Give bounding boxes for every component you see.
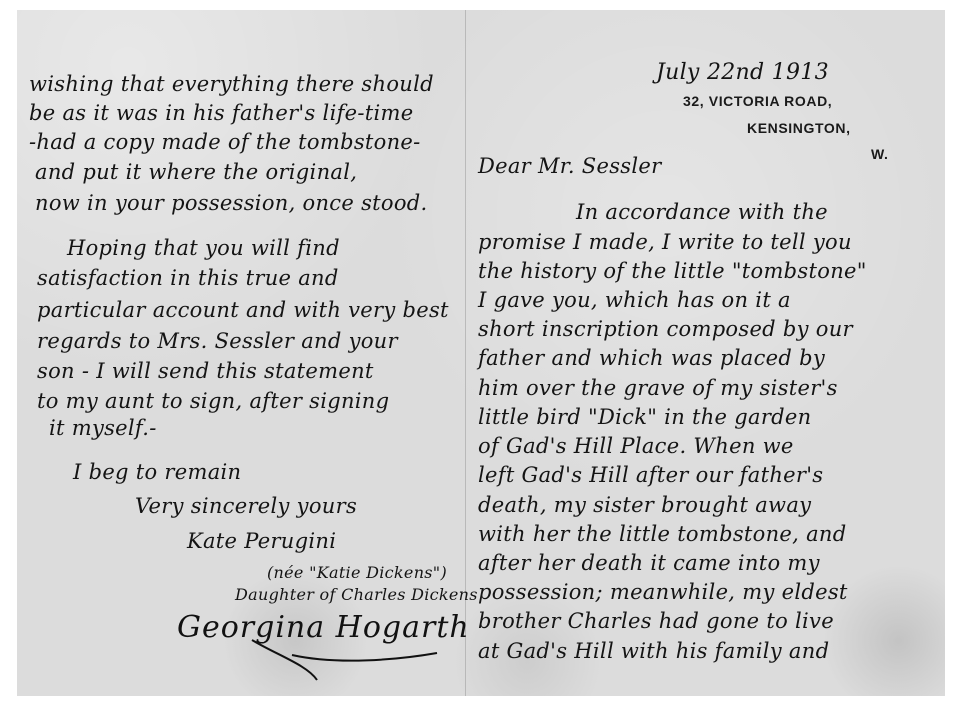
- right-line-1: In accordance with the: [576, 198, 828, 227]
- left-line-5: now in your possession, once stood.: [35, 189, 428, 218]
- left-line-10: son - I will send this statement: [37, 357, 374, 386]
- left-line-8: particular account and with very best: [37, 296, 449, 325]
- left-page: wishing that everything there should be …: [17, 10, 465, 696]
- right-line-14: possession; meanwhile, my eldest: [478, 578, 848, 607]
- left-line-4: and put it where the original,: [35, 158, 357, 187]
- right-line-15: brother Charles had gone to live: [478, 607, 834, 636]
- relation-note: Daughter of Charles Dickens: [235, 585, 478, 605]
- letter-sheet: wishing that everything there should be …: [17, 10, 945, 696]
- letterhead-street: 32, VICTORIA ROAD,: [683, 93, 832, 109]
- right-line-5: short inscription composed by our: [478, 315, 853, 344]
- signatory-name: Kate Perugini: [187, 527, 336, 556]
- closing-remain: I beg to remain: [73, 458, 241, 487]
- right-line-9: of Gad's Hill Place. When we: [478, 432, 794, 461]
- left-line-11: to my aunt to sign, after signing: [37, 387, 389, 416]
- right-line-13: after her death it came into my: [478, 549, 820, 578]
- right-line-2: promise I made, I write to tell you: [478, 228, 852, 257]
- letterhead-postal: W.: [871, 146, 889, 162]
- left-line-2: be as it was in his father's life-time: [29, 99, 413, 128]
- maiden-name: (née "Katie Dickens"): [267, 563, 447, 583]
- signature-flourish: [247, 635, 447, 685]
- right-line-12: with her the little tombstone, and: [478, 520, 846, 549]
- right-line-16: at Gad's Hill with his family and: [478, 637, 829, 666]
- right-line-11: death, my sister brought away: [478, 491, 811, 520]
- letterhead-district: KENSINGTON,: [747, 120, 851, 136]
- left-line-3: -had a copy made of the tombstone-: [29, 128, 421, 157]
- letter-date: July 22nd 1913: [656, 58, 829, 87]
- salutation: Dear Mr. Sessler: [478, 152, 661, 181]
- right-line-3: the history of the little "tombstone": [478, 257, 867, 286]
- left-line-1: wishing that everything there should: [29, 70, 434, 99]
- closing-valediction: Very sincerely yours: [135, 492, 357, 521]
- right-page: July 22nd 1913 32, VICTORIA ROAD, KENSIN…: [466, 10, 945, 696]
- right-line-6: father and which was placed by: [478, 344, 825, 373]
- left-line-12: it myself.-: [49, 414, 157, 443]
- left-line-9: regards to Mrs. Sessler and your: [37, 327, 398, 356]
- right-line-7: him over the grave of my sister's: [478, 374, 838, 403]
- left-line-7: satisfaction in this true and: [37, 264, 339, 293]
- left-line-6: Hoping that you will find: [67, 234, 340, 263]
- right-line-10: left Gad's Hill after our father's: [478, 461, 823, 490]
- right-line-8: little bird "Dick" in the garden: [478, 403, 811, 432]
- right-line-4: I gave you, which has on it a: [478, 286, 791, 315]
